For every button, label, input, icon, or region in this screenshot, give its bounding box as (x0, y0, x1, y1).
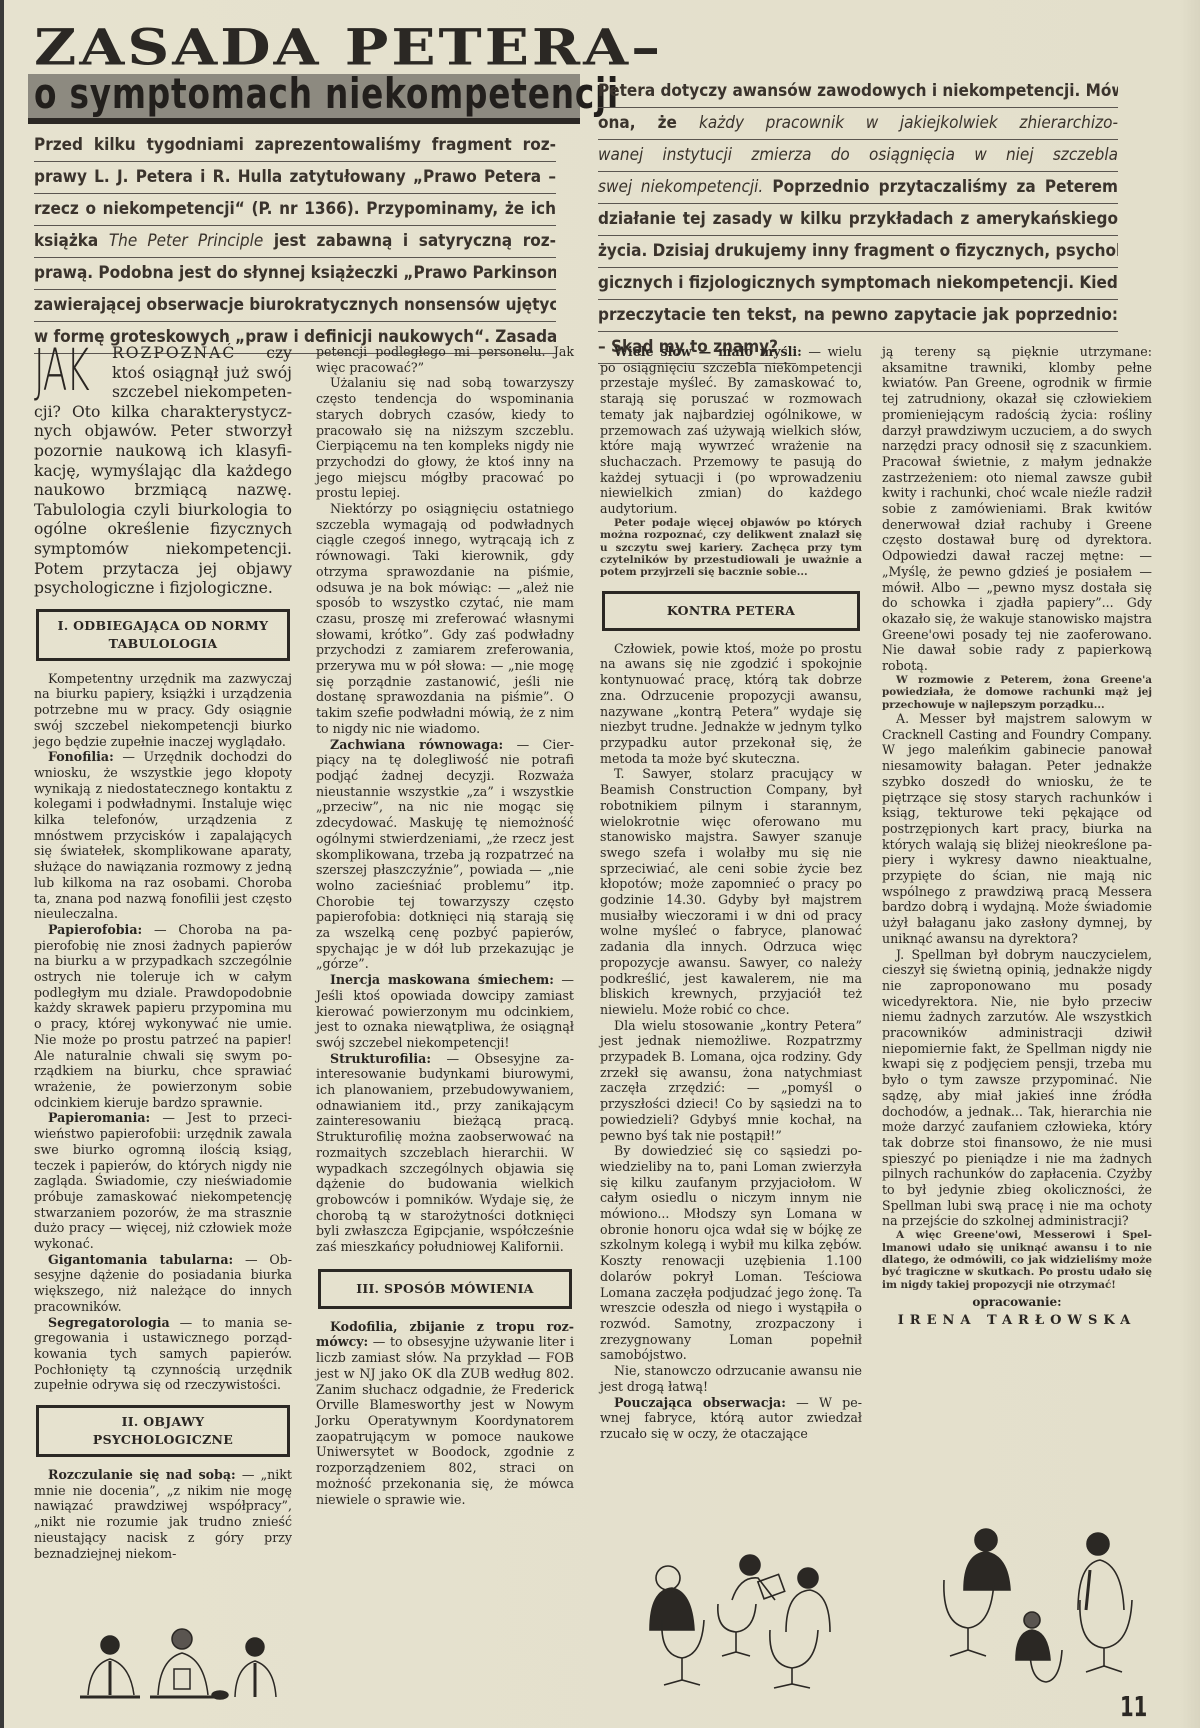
paragraph: A. Messer był majstrem salowym w Crackne… (882, 711, 1152, 947)
intro-line: Przed kilku tygodniami zaprezentowaliśmy… (34, 130, 556, 162)
paragraph: Pouczająca obserwacja: — W pe­wnej fabry… (600, 1395, 862, 1442)
paragraph: petencji podległego mi personelu. Jak wi… (316, 344, 574, 375)
intro-line: książka The Peter Principle jest zabawną… (34, 226, 556, 258)
paragraph: By dowiedzieć się co sąsiedzi po­wiedzie… (600, 1143, 862, 1363)
magazine-page: ZASADA PETERA– o symptomach niekompetenc… (0, 0, 1200, 1728)
column-4: ją tereny są pięknie utrzymane: aksamitn… (882, 344, 1152, 1329)
paragraph: Papierofobia: — Choroba na pa­pierofobię… (34, 922, 292, 1110)
intro-line: ona, że każdy pracownik w jakiejkolwiek … (598, 108, 1118, 140)
column-1: JAKROZPOZNAĆ czy ktoś osiągnął już swój … (34, 344, 292, 1561)
paragraph: Nie, stanowczo odrzucanie awan­su nie je… (600, 1363, 862, 1394)
section-heading-2: II. OBJAWY PSYCHOLOGICZNE (36, 1405, 290, 1457)
swivel-chairs-illustration (590, 1480, 1150, 1690)
paragraph: Kompetentny urzędnik ma za­zwyczaj na bi… (34, 671, 292, 750)
paragraph: Użalaniu się nad sobą towarzy­szy często… (316, 375, 574, 501)
intro-line: prawą. Podobna jest do słynnej książeczk… (34, 258, 556, 290)
intro-line: prawy L. J. Petera i R. Hulla zatytułowa… (34, 162, 556, 194)
section-heading-4: KONTRA PETERA (602, 591, 860, 631)
paragraph: Wiele słów — mało myśli: — wielu po osią… (600, 344, 862, 517)
editorial-note: A więc Greene'owi, Messerowi i Spel­lman… (882, 1229, 1152, 1291)
paragraph: Dla wielu stosowanie „kontry Petera” jes… (600, 1018, 862, 1144)
intro-line: przeczytacie ten tekst, na pewno zapytac… (598, 300, 1118, 332)
paragraph: Zachwiana równowaga: — Cier­piący na tę … (316, 737, 574, 973)
intro-line: Petera dotyczy awansów zawodowych i niek… (598, 76, 1118, 108)
paragraph: Strukturofilia: — Obsesyjne za­interesow… (316, 1051, 574, 1255)
three-men-drawing-icon (70, 1625, 290, 1710)
lead-paragraph: JAKROZPOZNAĆ czy ktoś osiągnął już swój … (34, 344, 292, 599)
paragraph: Rozczulanie się nad sobą: — „nikt mnie n… (34, 1467, 292, 1561)
column-2: petencji podległego mi personelu. Jak wi… (316, 344, 574, 1507)
headline-sub: o symptomach niekompetencji (34, 68, 619, 120)
paragraph: Gigantomania tabularna: — Ob­sesyjne dąż… (34, 1252, 292, 1315)
paragraph: Papieromania: — Jest to przeci­wieństwo … (34, 1110, 292, 1251)
intro-line: gicznych i fizjologicznych symptomach ni… (598, 268, 1118, 300)
column-3: Wiele słów — mało myśli: — wielu po osią… (600, 344, 862, 1442)
intro-line: zawierającej obserwacje biurokratycznych… (34, 290, 556, 322)
intro-line: rzecz o niekompetencji“ (P. nr 1366). Pr… (34, 194, 556, 226)
intro-line: działanie tej zasady w kilku przykładach… (598, 204, 1118, 236)
editorial-note: Peter podaje więcej objawów po któ­rych … (600, 517, 862, 579)
credit-author: IRENA TARŁOWSKA (882, 1313, 1152, 1329)
paragraph: ją tereny są pięknie utrzymane: aksamitn… (882, 344, 1152, 674)
book-title: The Peter Principle (109, 231, 264, 251)
desk-men-illustration (70, 1625, 290, 1710)
section-heading-3: III. SPOSÓB MÓWIENIA (318, 1269, 572, 1309)
men-in-chairs-drawing-icon (590, 1480, 1150, 1690)
paragraph: J. Spellman był dobrym nauczy­cielem, ci… (882, 947, 1152, 1230)
paragraph: Fonofilia: — Urzędnik dochodzi do wniosk… (34, 749, 292, 922)
drop-cap: JAK (34, 346, 77, 400)
credit-label: opracowanie: (882, 1295, 1152, 1311)
intro-line: swej niekompetencji. Poprzednio przytacz… (598, 172, 1118, 204)
paragraph: Inercja maskowana śmiechem: — Jeśli ktoś… (316, 972, 574, 1051)
headline-main: ZASADA PETERA– (34, 22, 663, 73)
editorial-note: W rozmowie z Peterem, żona Greene'a powi… (882, 674, 1152, 711)
page-number: 11 (1120, 1690, 1147, 1723)
headline-sub-band: o symptomach niekompetencji (28, 74, 580, 124)
paragraph: T. Sawyer, stolarz pracujący w Beamish C… (600, 766, 862, 1017)
intro-line: życia. Dzisiaj drukujemy inny fragment o… (598, 236, 1118, 268)
intro-left: Przed kilku tygodniami zaprezentowaliśmy… (34, 130, 556, 354)
paragraph: Człowiek, powie ktoś, może po prostu na … (600, 641, 862, 767)
intro-line: wanej instytucji zmierza do osiągnięcia … (598, 140, 1118, 172)
paragraph: Kodofilia, zbijanie z tropu roz­mówcy: —… (316, 1319, 574, 1507)
intro-right: Petera dotyczy awansów zawodowych i niek… (598, 76, 1118, 364)
section-heading-1: I. ODBIEGAJĄCA OD NORMY TABULOLOGIA (36, 609, 290, 661)
paragraph: Segregatorologia — to mania se­gregowani… (34, 1315, 292, 1394)
paragraph: Niektórzy po osiągnięciu ostat­niego szc… (316, 501, 574, 737)
